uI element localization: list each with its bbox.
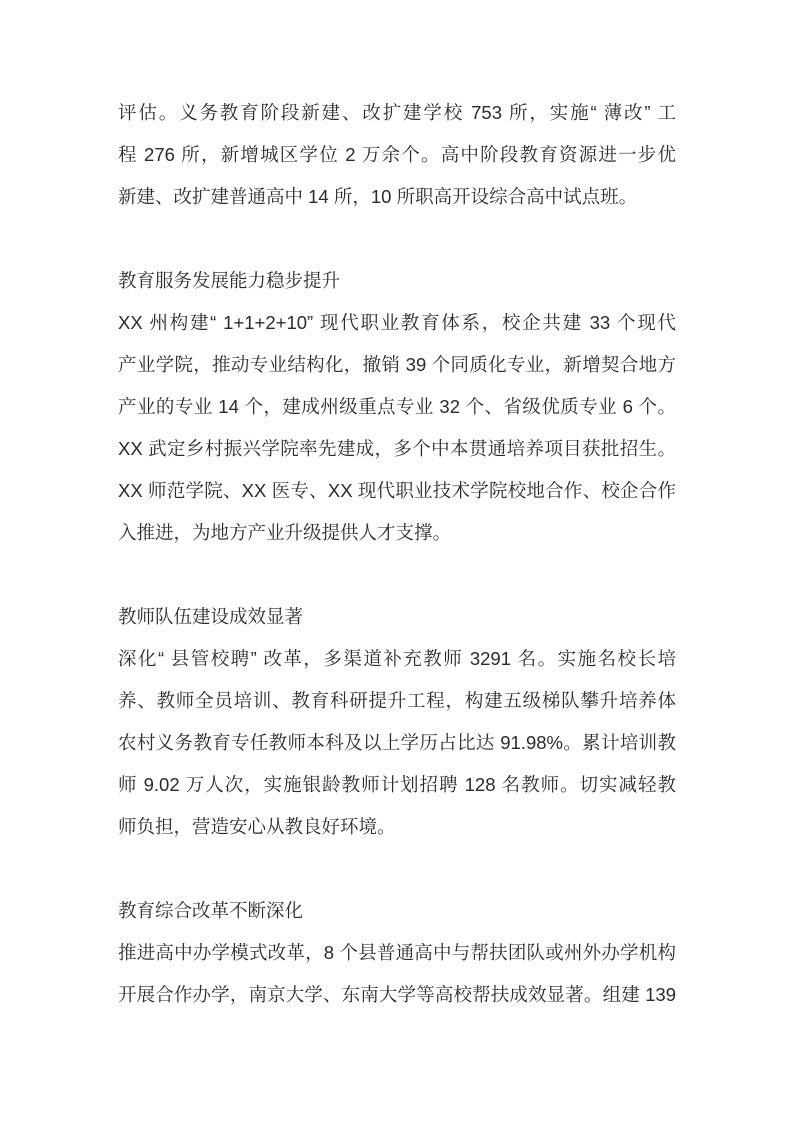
heading-education-service-capacity: 教育服务发展能力稳步提升 [118, 260, 676, 302]
paragraph-line: 养、教师全员培训、教育科研提升工程，构建五级梯队攀升培养体系。 [118, 680, 676, 722]
paragraph-line: 产业学院，推动专业结构化，撤销 39 个同质化专业，新增契合地方 [118, 344, 676, 386]
paragraph-line: 农村义务教育专任教师本科及以上学历占比达 91.98%。累计培训教 [118, 722, 676, 764]
paragraph-line: 师 9.02 万人次，实施银龄教师计划招聘 128 名教师。切实减轻教 [118, 764, 676, 806]
para-compulsory-education-construction: 评估。义务教育阶段新建、改扩建学校 753 所，实施“ 薄改” 工程 276 所… [118, 92, 676, 218]
paragraph-line: 推进高中办学模式改革，8 个县普通高中与帮扶团队或州外办学机构 [118, 932, 676, 974]
section-heading: 教师队伍建设成效显著 [118, 596, 676, 638]
para-vocational-education-system: XX 州构建“ 1+1+2+10” 现代职业教育体系，校企共建 33 个现代产业… [118, 302, 676, 554]
paragraph-line: XX 武定乡村振兴学院率先建成，多个中本贯通培养项目获批招生。 [118, 428, 676, 470]
paragraph-line: 深化“ 县管校聘” 改革，多渠道补充教师 3291 名。实施名校长培 [118, 638, 676, 680]
paragraph-line: XX 师范学院、XX 医专、XX 现代职业技术学院校地合作、校企合作深 [118, 470, 676, 512]
paragraph-line: 师负担，营造安心从教良好环境。 [118, 806, 676, 848]
paragraph-line: 新建、改扩建普通高中 14 所，10 所职高开设综合高中试点班。 [118, 176, 676, 218]
paragraph-line: 开展合作办学，南京大学、东南大学等高校帮扶成效显著。组建 139 [118, 974, 676, 1016]
paragraph-line: 程 276 所，新增城区学位 2 万余个。高中阶段教育资源进一步优化， [118, 134, 676, 176]
document-page: 评估。义务教育阶段新建、改扩建学校 753 所，实施“ 薄改” 工程 276 所… [0, 0, 793, 1122]
para-high-school-model-reform: 推进高中办学模式改革，8 个县普通高中与帮扶团队或州外办学机构开展合作办学，南京… [118, 932, 676, 1016]
section-heading: 教育综合改革不断深化 [118, 890, 676, 932]
paragraph-line: 入推进，为地方产业升级提供人才支撑。 [118, 512, 676, 554]
paragraph-line: XX 州构建“ 1+1+2+10” 现代职业教育体系，校企共建 33 个现代 [118, 302, 676, 344]
document-content: 评估。义务教育阶段新建、改扩建学校 753 所，实施“ 薄改” 工程 276 所… [118, 92, 676, 1016]
heading-teacher-team-building: 教师队伍建设成效显著 [118, 596, 676, 638]
para-teacher-development: 深化“ 县管校聘” 改革，多渠道补充教师 3291 名。实施名校长培养、教师全员… [118, 638, 676, 848]
section-heading: 教育服务发展能力稳步提升 [118, 260, 676, 302]
paragraph-line: 产业的专业 14 个，建成州级重点专业 32 个、省级优质专业 6 个。 [118, 386, 676, 428]
heading-comprehensive-reform: 教育综合改革不断深化 [118, 890, 676, 932]
paragraph-line: 评估。义务教育阶段新建、改扩建学校 753 所，实施“ 薄改” 工 [118, 92, 676, 134]
